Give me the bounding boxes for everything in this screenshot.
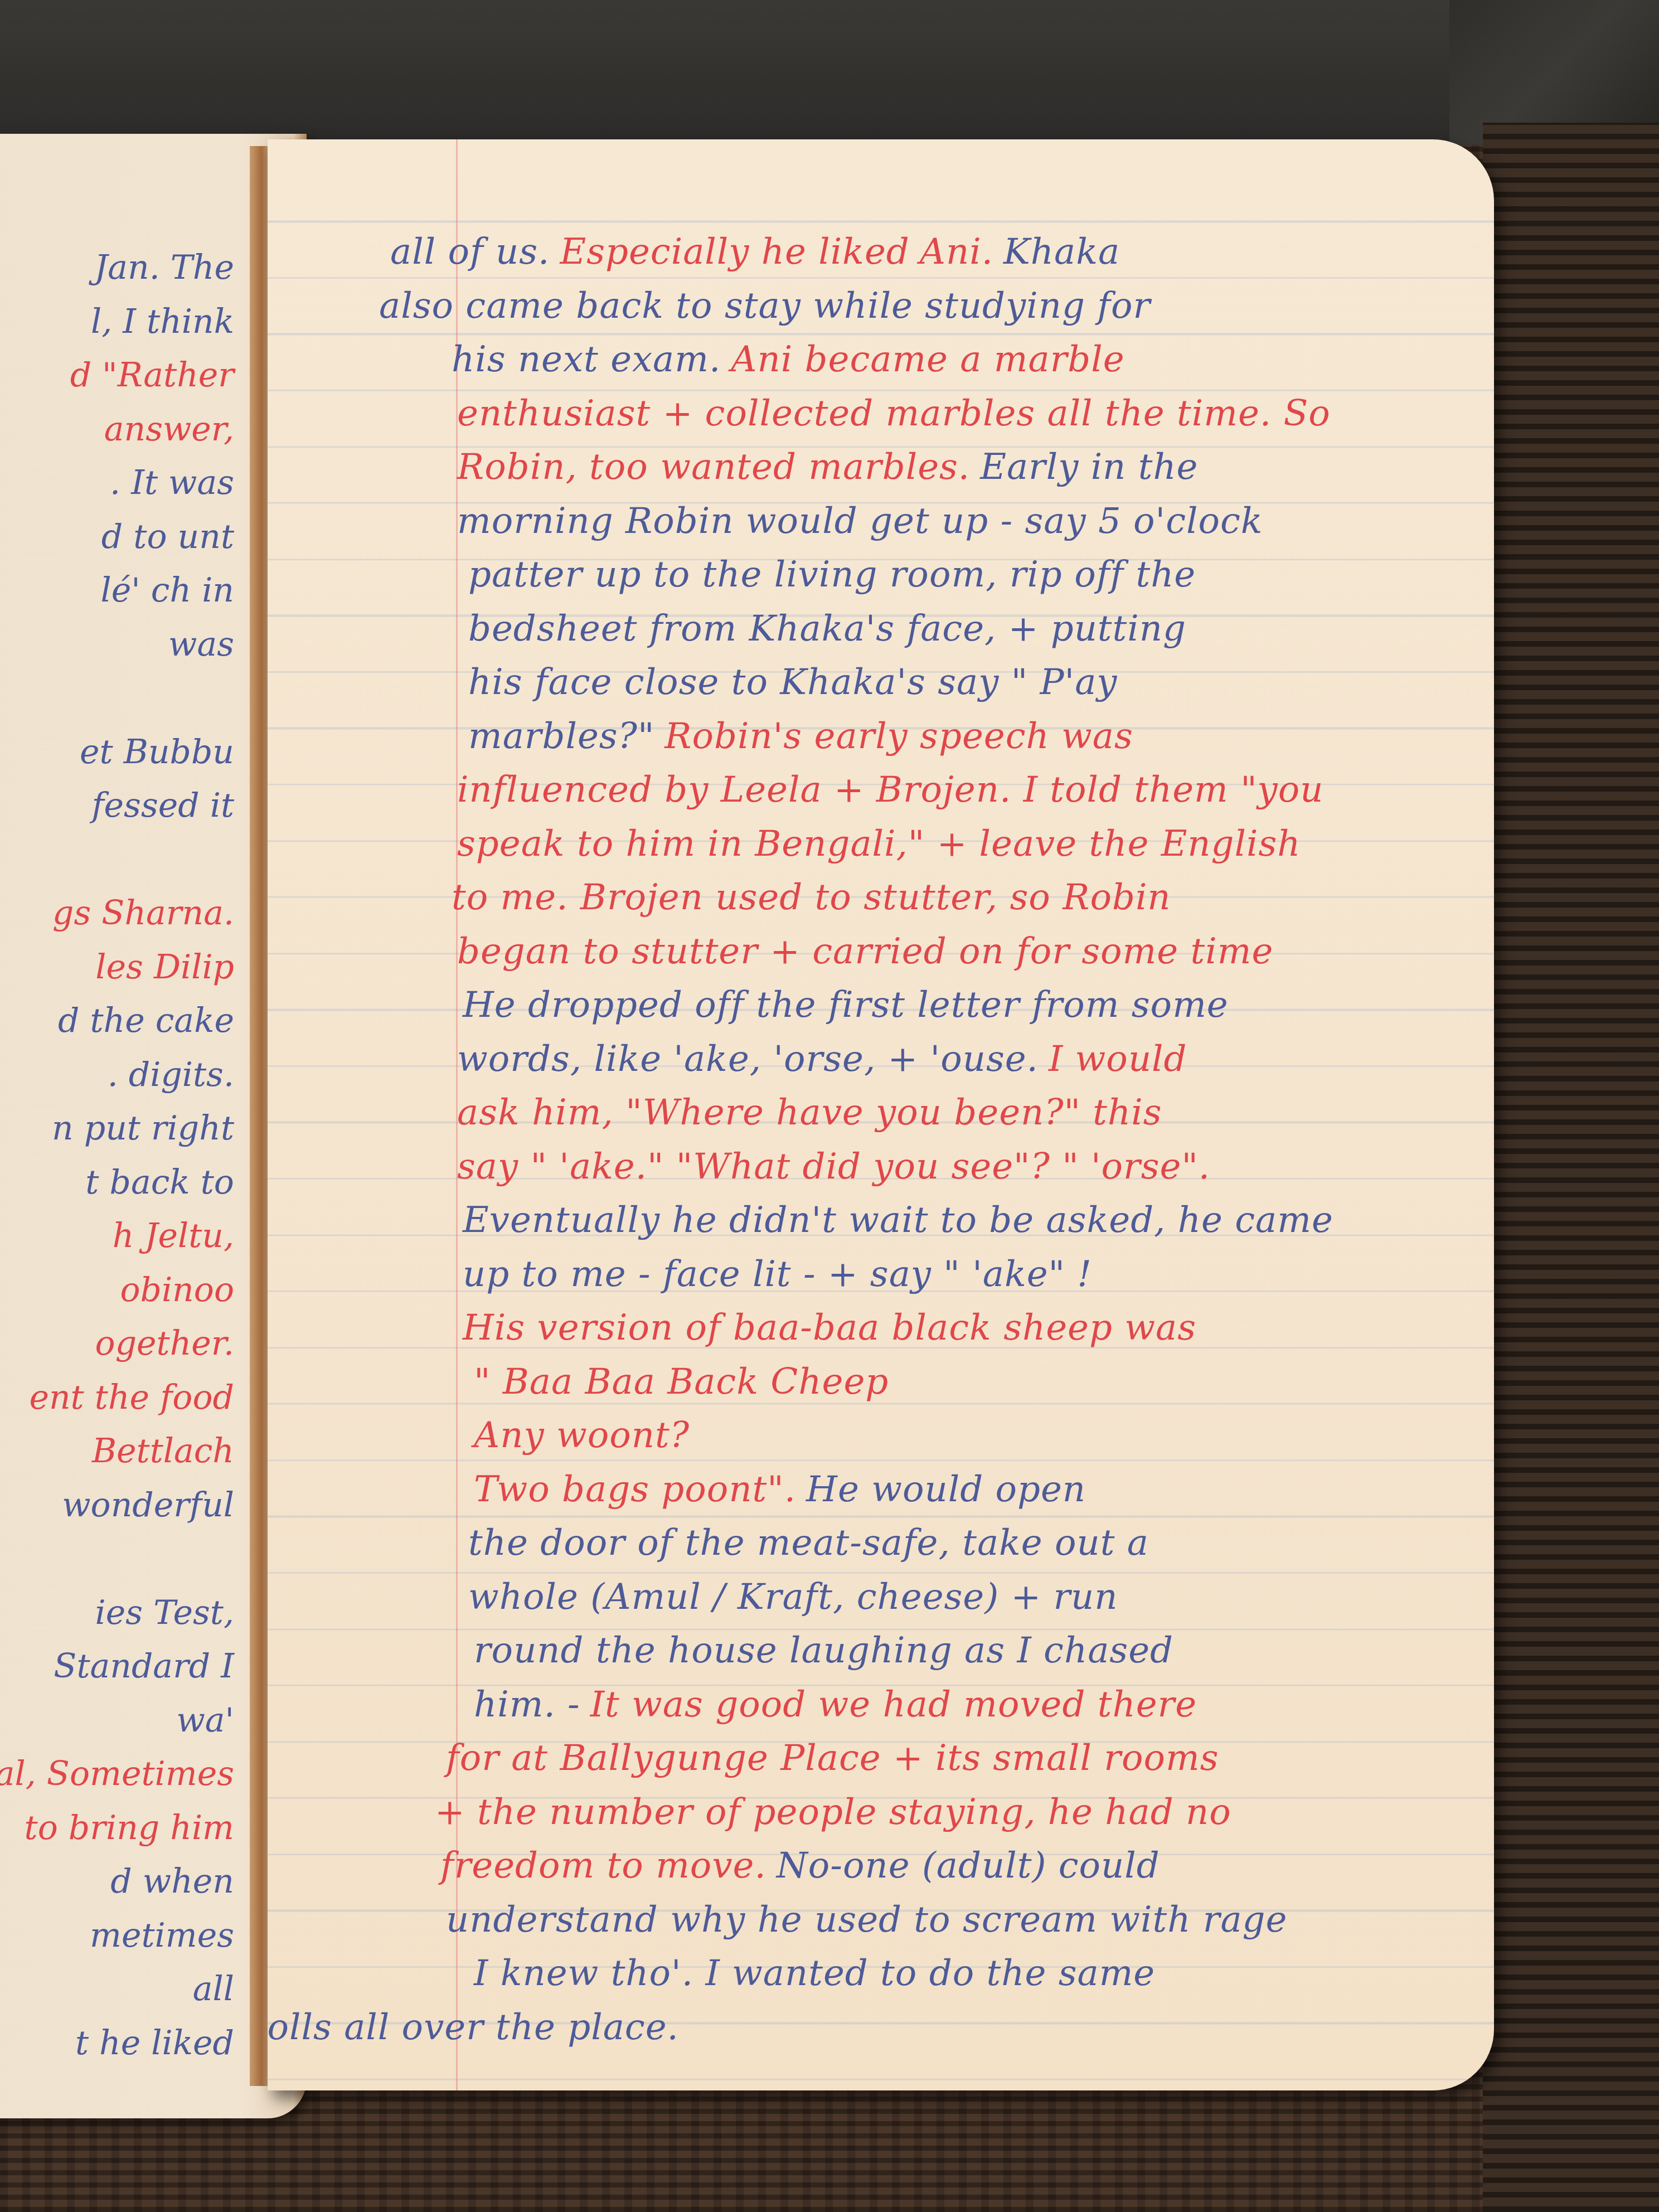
blue-ink-text: He would open <box>806 1469 1086 1510</box>
handwritten-line: His version of baa-baa black sheep was <box>463 1310 1196 1346</box>
handwritten-line: round the house laughing as I chased <box>474 1633 1173 1668</box>
left-page-fragment: Bettlach <box>92 1434 234 1468</box>
blue-ink-text: He dropped off the first letter from som… <box>463 984 1229 1026</box>
blue-ink-text: up to me - face lit - + say " 'ake" ! <box>463 1254 1092 1295</box>
handwritten-line: for at Ballygunge Place + its small room… <box>446 1740 1219 1776</box>
handwritten-line: speak to him in Bengali," + leave the En… <box>457 826 1301 862</box>
blue-ink-text: I knew tho'. I wanted to do the same <box>474 1953 1155 1994</box>
handwritten-line: patter up to the living room, rip off th… <box>468 557 1196 593</box>
red-ink-text: Especially he liked <box>560 231 909 273</box>
left-page-fragment: . digits. <box>108 1058 234 1092</box>
handwritten-line: all of us.Especially he likedAni.Khaka <box>390 234 1120 270</box>
red-ink-text: Any woont? <box>474 1415 690 1456</box>
red-ink-text: + the number of people staying, he had n… <box>435 1792 1231 1833</box>
handwritten-line: + the number of people staying, he had n… <box>435 1794 1231 1830</box>
left-page-fragment: d "Rather <box>70 358 234 392</box>
left-page-fragment: was <box>168 628 234 661</box>
left-page-fragment: gs Sharna. <box>52 896 234 930</box>
red-ink-text: Ani. <box>920 231 993 273</box>
handwritten-line: him. -It was good we had moved there <box>474 1687 1197 1723</box>
left-page-fragment: ogether. <box>95 1327 234 1360</box>
left-page-fragment: ies Test, <box>95 1596 234 1629</box>
left-page-fragment: ent the food <box>29 1381 234 1414</box>
red-ink-text: say " 'ake." "What did you see"? " 'orse… <box>457 1146 1210 1187</box>
left-page-fragment: wa' <box>176 1704 234 1737</box>
red-ink-text: I would <box>1049 1039 1187 1080</box>
left-page-fragment: to bring him <box>25 1811 234 1845</box>
red-ink-text: Two bags poont". <box>474 1469 796 1510</box>
handwritten-line: He dropped off the first letter from som… <box>463 987 1229 1023</box>
left-page-fragment: . It was <box>110 466 234 499</box>
handwritten-line: marbles?"Robin's early speech was <box>468 719 1133 754</box>
right-page: all of us.Especially he likedAni.Khakaal… <box>268 139 1494 2090</box>
handwritten-line: " Baa Baa Back Cheep <box>474 1364 889 1400</box>
handwritten-line: Eventually he didn't wait to be asked, h… <box>463 1202 1333 1238</box>
red-ink-text: Ani became a marble <box>731 339 1124 380</box>
red-ink-text: His version of baa-baa black sheep was <box>463 1307 1196 1348</box>
blue-ink-text: Early in the <box>980 447 1198 488</box>
handwritten-line: with dolls all over the place. <box>268 2010 679 2045</box>
handwritten-line: Robin, too wanted marbles.Early in the <box>457 449 1198 485</box>
blue-ink-text: bedsheet from Khaka's face, + putting <box>468 608 1186 649</box>
left-page-fragment: t back to <box>85 1166 234 1199</box>
handwritten-line: up to me - face lit - + say " 'ake" ! <box>463 1257 1092 1292</box>
blue-ink-text: understand why he used to scream with ra… <box>446 1899 1287 1941</box>
red-ink-text: Robin's early speech was <box>664 716 1133 757</box>
handwritten-line: morning Robin would get up - say 5 o'clo… <box>457 503 1263 539</box>
red-ink-text: " Baa Baa Back Cheep <box>474 1361 889 1403</box>
red-ink-text: influenced by Leela + Brojen. I told the… <box>457 769 1323 811</box>
handwritten-line: his next exam.Ani became a marble <box>452 342 1125 377</box>
blue-ink-text: whole (Amul / Kraft, cheese) + run <box>468 1576 1118 1618</box>
blue-ink-text: words, like 'ake, 'orse, + 'ouse. <box>457 1039 1039 1080</box>
left-page-fragment: d the cake <box>58 1004 234 1037</box>
handwritten-line: I knew tho'. I wanted to do the same <box>474 1956 1155 1991</box>
blue-ink-text: all of us. <box>390 231 550 273</box>
left-page-fragment: h Jeltu, <box>113 1219 234 1253</box>
handwritten-line: whole (Amul / Kraft, cheese) + run <box>468 1579 1118 1615</box>
left-page-fragment: all <box>193 1972 234 2006</box>
left-page-fragment: Jan. The <box>94 251 234 284</box>
left-page-fragment: t he liked <box>75 2026 234 2060</box>
handwritten-line: influenced by Leela + Brojen. I told the… <box>457 772 1323 808</box>
left-page-fragment: les Dilip <box>95 950 234 984</box>
blue-ink-text: round the house laughing as I chased <box>474 1630 1173 1671</box>
red-ink-text: It was good we had moved there <box>590 1684 1197 1725</box>
red-ink-text: began to stutter + carried on for some t… <box>457 931 1273 972</box>
blue-ink-text: marbles?" <box>468 716 654 757</box>
red-ink-text: speak to him in Bengali," + leave the En… <box>457 823 1301 865</box>
red-ink-text: to me. Brojen used to stutter, so Robin <box>452 877 1171 918</box>
left-page-fragment: wonderful <box>62 1488 234 1522</box>
handwritten-line: began to stutter + carried on for some t… <box>457 934 1273 969</box>
blue-ink-text: patter up to the living room, rip off th… <box>468 554 1196 595</box>
blue-ink-text: also came back to stay while studying fo… <box>379 285 1151 327</box>
left-page-fragment: fessed it <box>91 789 234 822</box>
handwritten-line: understand why he used to scream with ra… <box>446 1902 1287 1938</box>
left-page-fragment: obinoo <box>120 1273 234 1307</box>
handwritten-line: Any woont? <box>474 1418 690 1453</box>
red-ink-text: Robin, too wanted marbles. <box>457 447 970 488</box>
red-ink-text: enthusiast + collected marbles all the t… <box>457 393 1331 434</box>
wooden-table-edge <box>1483 123 1659 2212</box>
handwritten-line: enthusiast + collected marbles all the t… <box>457 396 1331 431</box>
left-page-fragment: d when <box>110 1865 234 1898</box>
blue-ink-text: No-one (adult) could <box>777 1845 1160 1886</box>
left-page-fragment: lé' ch in <box>101 574 234 607</box>
left-page-fragment: Standard I <box>54 1650 234 1683</box>
left-page-fragment: et Bubbu <box>80 735 234 769</box>
blue-ink-text: with dolls all over the place. <box>268 2007 679 2048</box>
handwritten-line: freedom to move.No-one (adult) could <box>440 1848 1160 1884</box>
left-page-fragment: metimes <box>90 1919 234 1952</box>
left-page-fragment: l, I think <box>91 305 234 338</box>
blue-ink-text: him. - <box>474 1684 580 1725</box>
handwritten-line: words, like 'ake, 'orse, + 'ouse.I would <box>457 1041 1187 1077</box>
left-page-fragment: d to unt <box>101 520 234 554</box>
handwritten-line: to me. Brojen used to stutter, so Robin <box>452 880 1171 915</box>
blue-ink-text: Eventually he didn't wait to be asked, h… <box>463 1200 1333 1241</box>
handwritten-line: Two bags poont".He would open <box>474 1472 1086 1507</box>
red-ink-text: for at Ballygunge Place + its small room… <box>446 1738 1219 1779</box>
handwritten-line: also came back to stay while studying fo… <box>379 288 1151 324</box>
red-ink-text: freedom to move. <box>440 1845 767 1886</box>
handwritten-line: ask him, "Where have you been?" this <box>457 1095 1162 1131</box>
blue-ink-text: morning Robin would get up - say 5 o'clo… <box>457 501 1263 542</box>
blue-ink-text: his next exam. <box>452 339 721 380</box>
handwritten-line: his face close to Khaka's say " P'ay <box>468 664 1117 700</box>
left-page-fragment: n put right <box>52 1112 234 1145</box>
blue-ink-text: his face close to Khaka's say " P'ay <box>468 662 1117 703</box>
blue-ink-text: the door of the meat-safe, take out a <box>468 1522 1149 1564</box>
blue-ink-text: Khaka <box>1003 231 1120 273</box>
left-page-fragment: oal, Sometimes <box>0 1757 234 1791</box>
handwritten-line: bedsheet from Khaka's face, + putting <box>468 611 1186 647</box>
left-page-fragment: answer, <box>104 413 234 446</box>
red-ink-text: ask him, "Where have you been?" this <box>457 1092 1162 1133</box>
handwritten-line: the door of the meat-safe, take out a <box>468 1525 1149 1561</box>
handwritten-line: say " 'ake." "What did you see"? " 'orse… <box>457 1149 1210 1185</box>
